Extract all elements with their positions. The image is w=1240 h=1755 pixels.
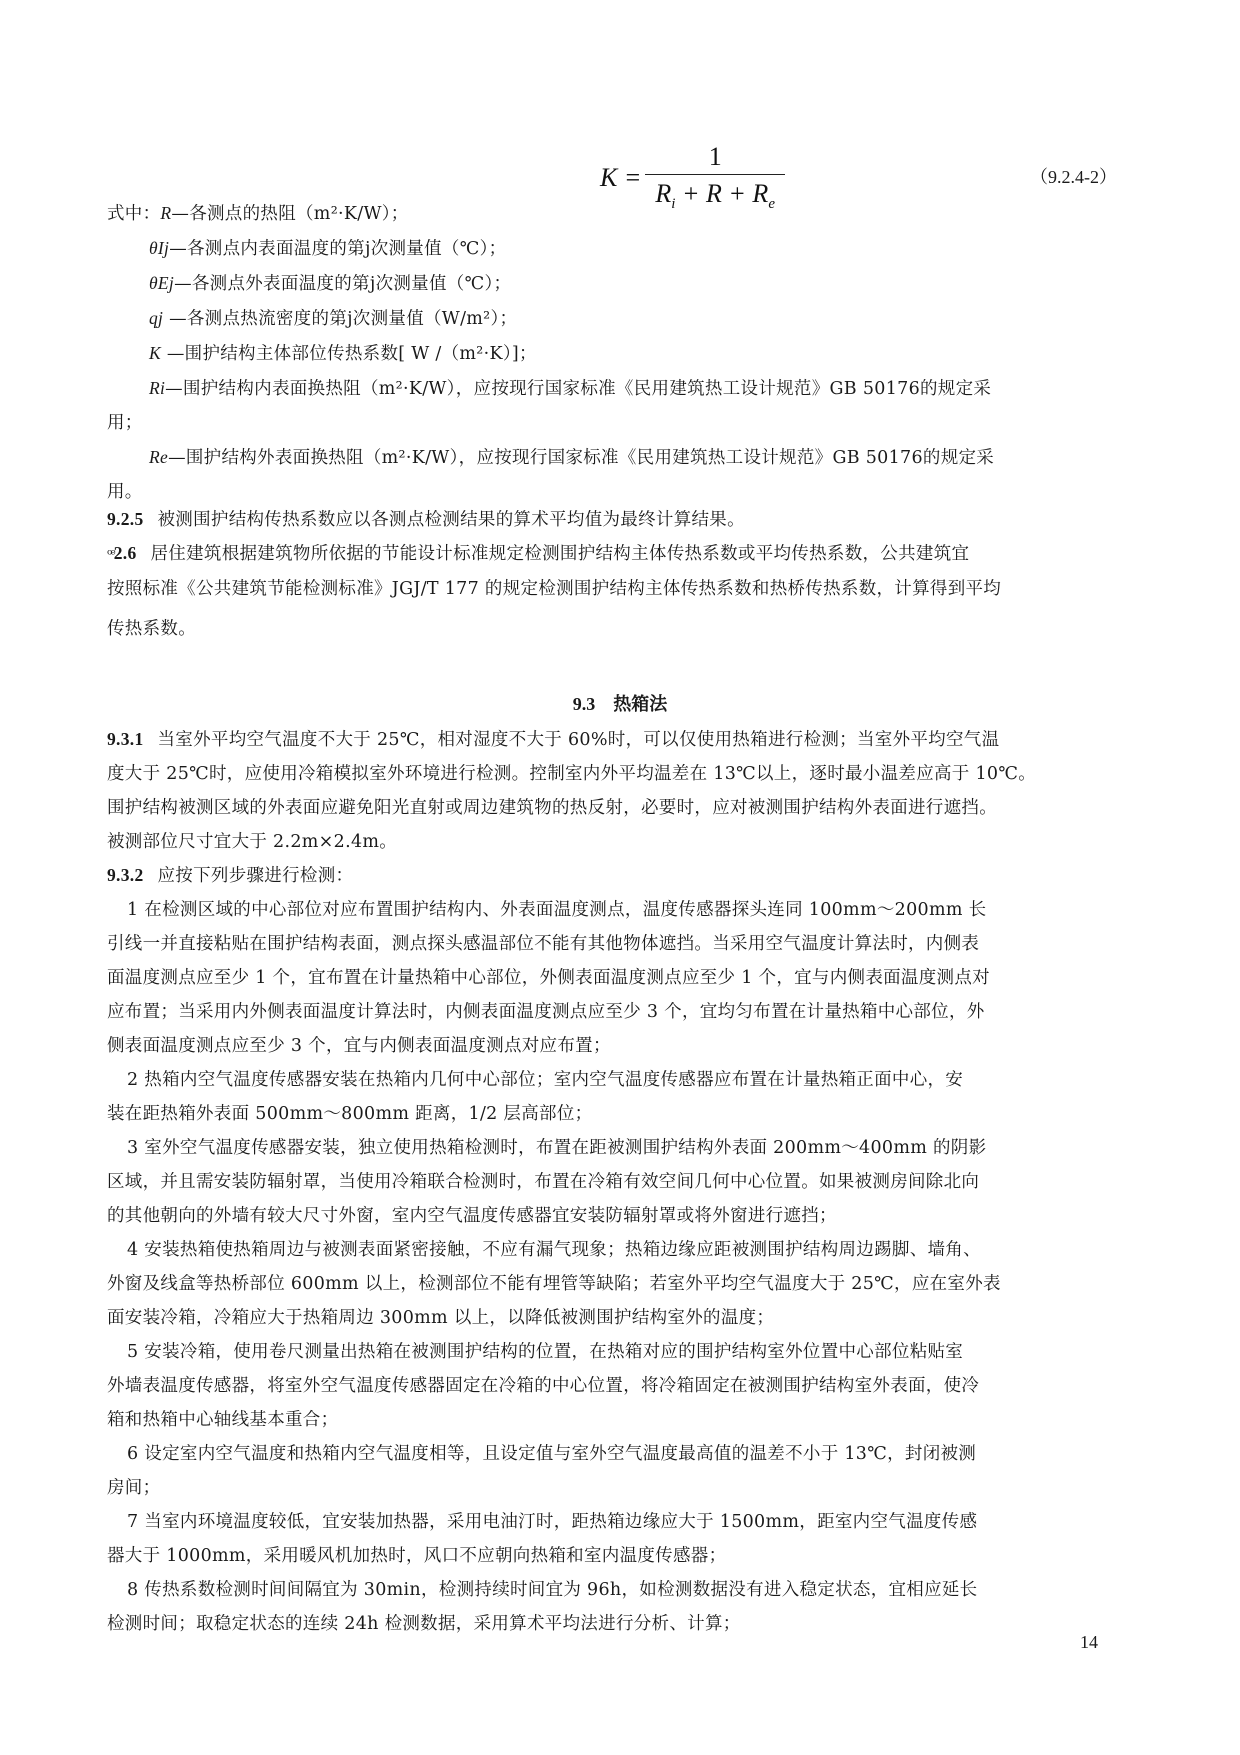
clause-text: 居住建筑根据建筑物所依据的节能设计标准规定检测围护结构主体传热系数或平均传热系数… xyxy=(151,544,970,564)
definition-continuation: 用； xyxy=(107,406,1132,440)
definition-text: —围护结构主体部位传热系数[ W /（m²·K）]； xyxy=(161,344,537,364)
step-line: 面安装冷箱，冷箱应大于热箱周边 300mm 以上，以降低被测围护结构室外的温度； xyxy=(107,1301,1132,1335)
clause-line: 按照标准《公共建筑节能检测标准》JGJ/T 177 的规定检测围护结构主体传热系… xyxy=(107,572,1132,606)
clause-line: ꟹ2.6居住建筑根据建筑物所依据的节能设计标准规定检测围护结构主体传热系数或平均… xyxy=(107,536,1132,572)
step-line: 外窗及线盒等热桥部位 600mm 以上，检测部位不能有埋管等缺陷；若室外平均空气… xyxy=(107,1267,1132,1301)
symbol: θEj xyxy=(149,273,174,293)
step-line: 区域，并且需安装防辐射罩，当使用冷箱联合检测时，布置在冷箱有效空间几何中心位置。… xyxy=(107,1165,1132,1199)
step-line: 侧表面温度测点应至少 3 个，宜与内侧表面温度测点对应布置； xyxy=(107,1029,1132,1063)
step-line: 5 安装冷箱，使用卷尺测量出热箱在被测围护结构的位置，在热箱对应的围护结构室外位… xyxy=(107,1335,1132,1369)
step-line: 6 设定室内空气温度和热箱内空气温度相等，且设定值与室外空气温度最高值的温差不小… xyxy=(107,1437,1132,1471)
step-2: 2 热箱内空气温度传感器安装在热箱内几何中心部位；室内空气温度传感器应布置在计量… xyxy=(107,1063,1132,1131)
section-number: 9.3 xyxy=(573,694,596,714)
clause-line: 9.3.1当室外平均空气温度不大于 25℃，相对湿度不大于 60%时，可以仅使用… xyxy=(107,722,1132,757)
section-title: 热箱法 xyxy=(613,694,667,715)
definition-line: Re—围护结构外表面换热阻（m²·K/W），应按现行国家标准《民用建筑热工设计规… xyxy=(107,440,1132,475)
clause-text: 应按下列步骤进行检测： xyxy=(158,866,354,886)
definitions-block: 式中：R—各测点的热阻（m²·K/W）； θIj—各测点内表面温度的第j次测量值… xyxy=(107,196,1132,509)
step-line: 器大于 1000mm，采用暖风机加热时，风口不应朝向热箱和室内温度传感器； xyxy=(107,1539,1132,1573)
equation-number: （9.2.4-2） xyxy=(1030,163,1117,189)
clause-text: 当室外平均空气温度不大于 25℃，相对湿度不大于 60%时，可以仅使用热箱进行检… xyxy=(158,730,1000,750)
step-4: 4 安装热箱使热箱周边与被测表面紧密接触，不应有漏气现象；热箱边缘应距被测围护结… xyxy=(107,1233,1132,1335)
formula-lhs: K = xyxy=(600,163,641,193)
symbol: R xyxy=(160,203,171,223)
section-heading: 9.3热箱法 xyxy=(0,690,1240,716)
symbol: K xyxy=(149,343,161,363)
definition-text: —各测点外表面温度的第j次测量值（℃）； xyxy=(174,274,511,294)
definition-text: —各测点热流密度的第j次测量值（W/m²）； xyxy=(163,309,517,329)
page-number: 14 xyxy=(1080,1632,1098,1653)
clause-line: 9.2.5被测围护结构传热系数应以各测点检测结果的算术平均值为最终计算结果。 xyxy=(107,502,1132,537)
clause-line: 传热系数。 xyxy=(107,612,1132,646)
step-line: 房间； xyxy=(107,1471,1132,1505)
clause-9-2-6: ꟹ2.6居住建筑根据建筑物所依据的节能设计标准规定检测围护结构主体传热系数或平均… xyxy=(107,536,1132,646)
definition-text: —各测点内表面温度的第j次测量值（℃）； xyxy=(169,239,506,259)
step-line: 8 传热系数检测时间间隔宜为 30min，检测持续时间宜为 96h，如检测数据没… xyxy=(107,1573,1132,1607)
clause-line: 围护结构被测区域的外表面应避免阳光直射或周边建筑物的热反射，必要时，应对被测围护… xyxy=(107,791,1132,825)
clause-number: 9.3.2 xyxy=(107,865,144,885)
step-line: 的其他朝向的外墙有较大尺寸外窗，室内空气温度传感器宜安装防辐射罩或将外窗进行遮挡… xyxy=(107,1199,1132,1233)
step-line: 面温度测点应至少 1 个，宜布置在计量热箱中心部位，外侧表面温度测点应至少 1 … xyxy=(107,961,1132,995)
document-page: K = 1 Ri + R + Re （9.2.4-2） 式中：R—各测点的热阻（… xyxy=(0,0,1240,1755)
clause-line: 被测部位尺寸宜大于 2.2m×2.4m。 xyxy=(107,825,1132,859)
clause-9-3-2: 9.3.2应按下列步骤进行检测： 1 在检测区域的中心部位对应布置围护结构内、外… xyxy=(107,858,1132,1641)
step-line: 检测时间；取稳定状态的连续 24h 检测数据，采用算术平均法进行分析、计算； xyxy=(107,1607,1132,1641)
step-1: 1 在检测区域的中心部位对应布置围护结构内、外表面温度测点，温度传感器探头连同 … xyxy=(107,893,1132,1063)
clause-number: 9.3.1 xyxy=(107,729,144,749)
garbled-glyph: ꟹ xyxy=(107,547,114,563)
definition-line: qj —各测点热流密度的第j次测量值（W/m²）； xyxy=(107,301,1132,336)
definition-line: 式中：R—各测点的热阻（m²·K/W）； xyxy=(107,196,1132,231)
definition-text: —围护结构内表面换热阻（m²·K/W），应按现行国家标准《民用建筑热工设计规范》… xyxy=(165,379,991,399)
step-line: 引线一并直接粘贴在围护结构表面，测点探头感温部位不能有其他物体遮挡。当采用空气温… xyxy=(107,927,1132,961)
step-line: 3 室外空气温度传感器安装，独立使用热箱检测时，布置在距被测围护结构外表面 20… xyxy=(107,1131,1132,1165)
step-line: 装在距热箱外表面 500mm～800mm 距离，1/2 层高部位； xyxy=(107,1097,1132,1131)
step-8: 8 传热系数检测时间间隔宜为 30min，检测持续时间宜为 96h，如检测数据没… xyxy=(107,1573,1132,1641)
clause-line: 9.3.2应按下列步骤进行检测： xyxy=(107,858,1132,893)
step-line: 1 在检测区域的中心部位对应布置围护结构内、外表面温度测点，温度传感器探头连同 … xyxy=(107,893,1132,927)
formula-numerator: 1 xyxy=(645,142,785,175)
clause-9-3-1: 9.3.1当室外平均空气温度不大于 25℃，相对湿度不大于 60%时，可以仅使用… xyxy=(107,722,1132,859)
definition-text: —各测点的热阻（m²·K/W）； xyxy=(171,204,408,224)
step-line: 外墙表温度传感器，将室外空气温度传感器固定在冷箱的中心位置，将冷箱固定在被测围护… xyxy=(107,1369,1132,1403)
definitions-intro: 式中： xyxy=(107,204,160,224)
definition-line: K —围护结构主体部位传热系数[ W /（m²·K）]； xyxy=(107,336,1132,371)
definition-line: θIj—各测点内表面温度的第j次测量值（℃）； xyxy=(107,231,1132,266)
step-line: 4 安装热箱使热箱周边与被测表面紧密接触，不应有漏气现象；热箱边缘应距被测围护结… xyxy=(107,1233,1132,1267)
step-6: 6 设定室内空气温度和热箱内空气温度相等，且设定值与室外空气温度最高值的温差不小… xyxy=(107,1437,1132,1505)
definition-text: —围护结构外表面换热阻（m²·K/W），应按现行国家标准《民用建筑热工设计规范》… xyxy=(168,448,994,468)
step-line: 应布置；当采用内外侧表面温度计算法时，内侧表面温度测点应至少 3 个，宜均匀布置… xyxy=(107,995,1132,1029)
clause-number: 9.2.5 xyxy=(107,509,144,529)
clause-number: 2.6 xyxy=(114,543,137,563)
step-line: 箱和热箱中心轴线基本重合； xyxy=(107,1403,1132,1437)
clause-line: 度大于 25℃时，应使用冷箱模拟室外环境进行检测。控制室内外平均温差在 13℃以… xyxy=(107,757,1132,791)
step-line: 2 热箱内空气温度传感器安装在热箱内几何中心部位；室内空气温度传感器应布置在计量… xyxy=(107,1063,1132,1097)
symbol: θIj xyxy=(149,238,169,258)
step-3: 3 室外空气温度传感器安装，独立使用热箱检测时，布置在距被测围护结构外表面 20… xyxy=(107,1131,1132,1233)
symbol: Ri xyxy=(149,378,165,398)
definition-line: Ri—围护结构内表面换热阻（m²·K/W），应按现行国家标准《民用建筑热工设计规… xyxy=(107,371,1132,406)
step-7: 7 当室内环境温度较低，宜安装加热器，采用电油汀时，距热箱边缘应大于 1500m… xyxy=(107,1505,1132,1573)
symbol: qj xyxy=(149,308,163,328)
symbol: Re xyxy=(149,447,168,467)
clause-9-2-5: 9.2.5被测围护结构传热系数应以各测点检测结果的算术平均值为最终计算结果。 xyxy=(107,502,1132,537)
step-5: 5 安装冷箱，使用卷尺测量出热箱在被测围护结构的位置，在热箱对应的围护结构室外位… xyxy=(107,1335,1132,1437)
clause-text: 被测围护结构传热系数应以各测点检测结果的算术平均值为最终计算结果。 xyxy=(158,510,745,530)
step-line: 7 当室内环境温度较低，宜安装加热器，采用电油汀时，距热箱边缘应大于 1500m… xyxy=(107,1505,1132,1539)
definition-line: θEj—各测点外表面温度的第j次测量值（℃）； xyxy=(107,266,1132,301)
